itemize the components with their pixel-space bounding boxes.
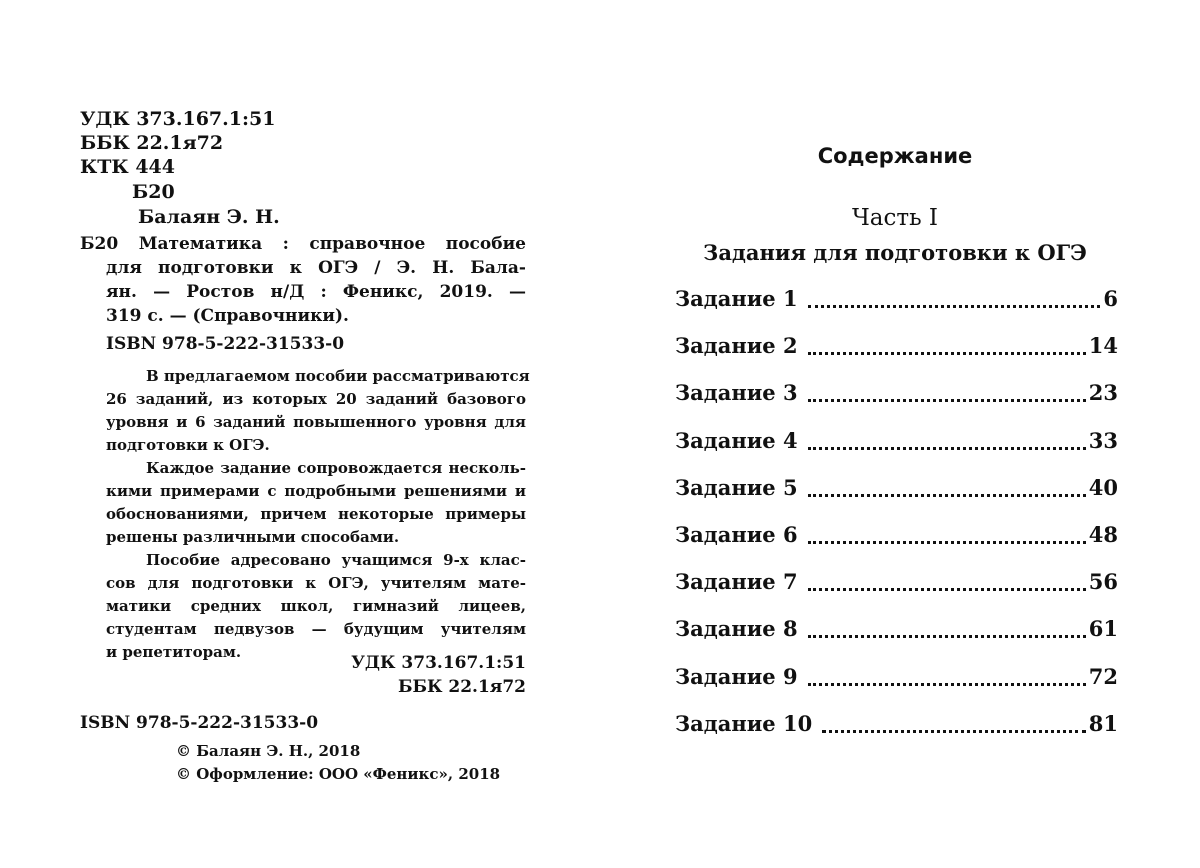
dot-leader	[822, 730, 1086, 733]
toc-entry-label: Задание 9	[675, 664, 798, 689]
toc-entry-label: Задание 3	[675, 380, 798, 405]
annotation-line: кими примерами с подробными решениями и	[106, 480, 526, 503]
toc-entry-label: Задание 1	[675, 286, 798, 311]
toc-entry-page: 6	[1103, 286, 1118, 311]
toc-entry[interactable]: Задание 433	[675, 428, 1118, 458]
dot-leader	[808, 305, 1101, 308]
annotation-line: обоснованиями, причем некоторые примеры	[106, 503, 526, 526]
annotation-line: решены различными способами.	[106, 526, 399, 549]
toc-entry-label: Задание 4	[675, 428, 798, 453]
part-heading: Часть I	[660, 205, 1130, 231]
toc-entry-page: 61	[1089, 616, 1118, 641]
isbn-bottom: ISBN 978-5-222-31533-0	[80, 712, 318, 735]
annotation-line: Пособие адресовано учащимся 9-х клас-	[146, 549, 526, 572]
toc-entry[interactable]: Задание 1081	[675, 711, 1118, 741]
udk-code: УДК 373.167.1:51	[80, 108, 275, 131]
toc-entry-label: Задание 5	[675, 475, 798, 500]
toc-entry-label: Задание 2	[675, 333, 798, 358]
part-subtitle: Задания для подготовки к ОГЭ	[660, 240, 1130, 265]
biblio-line-3: ян. — Ростов н/Д : Феникс, 2019. —	[106, 281, 526, 304]
toc-entry-page: 72	[1089, 664, 1118, 689]
toc-entry-page: 40	[1089, 475, 1118, 500]
toc-entry[interactable]: Задание 648	[675, 522, 1118, 552]
toc-entry-page: 33	[1089, 428, 1118, 453]
toc-entry-label: Задание 7	[675, 569, 798, 594]
toc-entry-page: 81	[1089, 711, 1118, 736]
bbk-code-right: ББК 22.1я72	[226, 676, 526, 699]
dot-leader	[808, 588, 1086, 591]
udk-code-right: УДК 373.167.1:51	[226, 652, 526, 675]
annotation-line: Каждое задание сопровождается несколь-	[146, 457, 526, 480]
biblio-line-1: Б20 Математика : справочное пособие	[80, 233, 526, 256]
dot-leader	[808, 635, 1086, 638]
annotation-line: студентам педвузов — будущим учителям	[106, 618, 526, 641]
toc-entry[interactable]: Задание 214	[675, 333, 1118, 363]
annotation-line: 26 заданий, из которых 20 заданий базово…	[106, 388, 526, 411]
toc-entry-page: 23	[1089, 380, 1118, 405]
toc-entry[interactable]: Задание 861	[675, 616, 1118, 646]
isbn-inline: ISBN 978-5-222-31533-0	[106, 333, 344, 356]
toc-entry[interactable]: Задание 16	[675, 286, 1118, 316]
annotation-line: В предлагаемом пособии рассматриваются	[146, 365, 526, 388]
dot-leader	[808, 541, 1086, 544]
copyright-design: © Оформление: ООО «Феникс», 2018	[176, 763, 500, 786]
dot-leader	[808, 683, 1086, 686]
biblio-line-4: 319 с. — (Справочники).	[106, 305, 349, 328]
toc-entry-page: 14	[1089, 333, 1118, 358]
dot-leader	[808, 494, 1086, 497]
toc-entry-label: Задание 8	[675, 616, 798, 641]
toc-entry[interactable]: Задание 756	[675, 569, 1118, 599]
annotation-line: уровня и 6 заданий повышенного уровня дл…	[106, 411, 526, 434]
dot-leader	[808, 352, 1086, 355]
dot-leader	[808, 447, 1086, 450]
toc-title: Содержание	[660, 144, 1130, 168]
toc-entry[interactable]: Задание 972	[675, 664, 1118, 694]
annotation-line: подготовки к ОГЭ.	[106, 434, 270, 457]
biblio-line-2: для подготовки к ОГЭ / Э. Н. Бала-	[106, 257, 526, 280]
toc-entry-label: Задание 10	[675, 711, 812, 736]
dot-leader	[808, 399, 1086, 402]
toc-entry-page: 56	[1089, 569, 1118, 594]
copyright-author: © Балаян Э. Н., 2018	[176, 740, 360, 763]
annotation-line: сов для подготовки к ОГЭ, учителям мате-	[106, 572, 526, 595]
annotation-line: матики средних школ, гимназий лицеев,	[106, 595, 526, 618]
author-name: Балаян Э. Н.	[138, 206, 280, 229]
toc-entry[interactable]: Задание 540	[675, 475, 1118, 505]
toc-entry-page: 48	[1089, 522, 1118, 547]
toc-entry[interactable]: Задание 323	[675, 380, 1118, 410]
bbk-code: ББК 22.1я72	[80, 132, 223, 155]
annotation-line: и репетиторам.	[106, 641, 241, 664]
ktk-code: КТК 444	[80, 156, 175, 179]
cutter-code: Б20	[132, 181, 175, 204]
toc-entry-label: Задание 6	[675, 522, 798, 547]
